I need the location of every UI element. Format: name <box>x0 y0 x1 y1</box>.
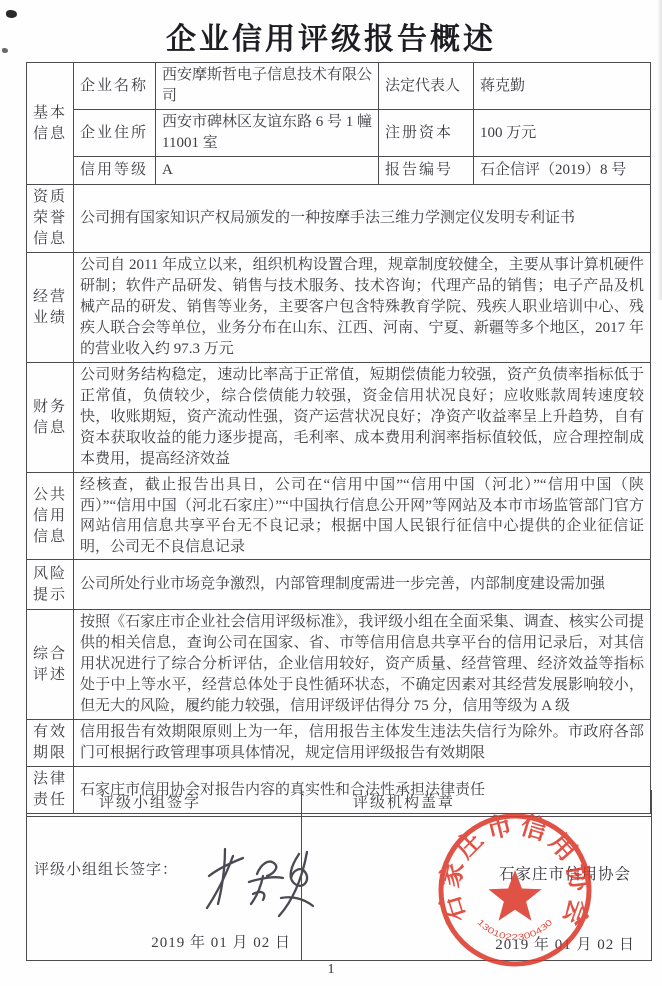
qualification-honor-content: 公司拥有国家知识产权局颁发的一种按摩手法三维力学测定仪发明专利证书 <box>74 185 651 253</box>
team-leader-signature-label: 评级小组组长签字： <box>34 858 178 879</box>
seal-ring-text: 石家庄市信用协会 <box>435 810 595 930</box>
legal-rep-value: 蒋克勤 <box>474 63 651 110</box>
section-label-basic-info: 基本 信息 <box>27 63 74 185</box>
table-row: 公共 信用 信息 经核查，截止报告出具日，公司在“信用中国”“信用中国（河北）”… <box>27 473 651 560</box>
section-label-public-credit-info: 公共 信用 信息 <box>27 473 74 560</box>
company-name-label: 企业名称 <box>74 63 156 110</box>
reg-capital-label: 注册资本 <box>379 110 474 157</box>
section-label-comprehensive-review: 综合 评述 <box>27 610 74 720</box>
legal-rep-label: 法定代表人 <box>379 63 474 110</box>
report-table: 基本 信息 企业名称 西安摩斯哲电子信息技术有限公司 法定代表人 蒋克勤 企业住… <box>26 62 651 814</box>
seal-number-text: 1301022300430 <box>475 917 554 942</box>
section-label-financial-info: 财务 信息 <box>27 363 74 473</box>
report-no-value: 石企信评（2019）8 号 <box>474 157 651 185</box>
risk-warning-content: 公司所处行业市场竞争激烈，内部管理制度需进一步完善，内部制度建设需加强 <box>74 560 651 610</box>
agency-round-seal: 石家庄市信用协会 1301022300430 <box>433 808 597 972</box>
seal-star-icon <box>488 870 541 921</box>
report-no-label: 报告编号 <box>379 157 474 185</box>
section-label-business-performance: 经营 业绩 <box>27 253 74 363</box>
comprehensive-review-content: 按照《石家庄市企业社会信用评级标准》，我评级小组在全面采集、调查、核实公司提供的… <box>74 610 651 720</box>
table-row: 有效 期限 信用报告有效期限原则上为一年，信用报告主体发生违法失信行为除外。市政… <box>27 720 651 767</box>
section-label-qualification-honor: 资质 荣誉 信息 <box>27 185 74 253</box>
signature-seal-block: 评级小组签字 评级小组组长签字： 2019 年 01 月 02 日 <box>26 790 652 961</box>
credit-rating-value: A <box>156 157 379 185</box>
page-title: 企业信用评级报告概述 <box>0 14 662 58</box>
business-performance-content: 公司自 2011 年成立以来，组织机构设置合理，规章制度较健全，主要从事计算机硬… <box>74 253 651 363</box>
reg-capital-value: 100 万元 <box>474 110 651 157</box>
table-row: 资质 荣誉 信息 公司拥有国家知识产权局颁发的一种按摩手法三维力学测定仪发明专利… <box>27 185 651 253</box>
report-page: 企业信用评级报告概述 基本 信息 企业名称 西安摩斯哲电子信息技术有限公司 法定… <box>0 0 662 986</box>
team-signature-header: 评级小组签字 <box>27 790 301 817</box>
rating-agency-seal-cell: 评级机构盖章 石家庄市信用协会 石家庄市信用协会 1301022300430 2… <box>302 790 651 960</box>
table-row: 财务 信息 公司财务结构稳定，速动比率高于正常值，短期偿债能力较强，资产负债率指… <box>27 363 651 473</box>
table-row: 企业住所 西安市碑林区友谊东路 6 号 1 幢 11001 室 注册资本 100… <box>27 110 651 157</box>
section-label-risk-warning: 风险 提示 <box>27 560 74 610</box>
section-label-validity-period: 有效 期限 <box>27 720 74 767</box>
validity-period-content: 信用报告有效期限原则上为一年，信用报告主体发生违法失信行为除外。市政府各部门可根… <box>74 720 651 767</box>
table-row: 基本 信息 企业名称 西安摩斯哲电子信息技术有限公司 法定代表人 蒋克勤 <box>27 63 651 110</box>
address-value: 西安市碑林区友谊东路 6 号 1 幢 11001 室 <box>156 110 379 157</box>
table-row: 经营 业绩 公司自 2011 年成立以来，组织机构设置合理，规章制度较健全，主要… <box>27 253 651 363</box>
address-label: 企业住所 <box>74 110 156 157</box>
company-name-value: 西安摩斯哲电子信息技术有限公司 <box>156 63 379 110</box>
team-signature-date: 2019 年 01 月 02 日 <box>151 931 291 952</box>
table-row: 信用等级 A 报告编号 石企信评（2019）8 号 <box>27 157 651 185</box>
financial-info-content: 公司财务结构稳定，速动比率高于正常值，短期偿债能力较强，资产负债率指标低于正常值… <box>74 363 651 473</box>
public-credit-info-content: 经核查，截止报告出具日，公司在“信用中国”“信用中国（河北）”“信用中国（陕西）… <box>74 473 651 560</box>
table-row: 风险 提示 公司所处行业市场竞争激烈，内部管理制度需进一步完善，内部制度建设需加… <box>27 560 651 610</box>
rating-team-signature-cell: 评级小组签字 评级小组组长签字： 2019 年 01 月 02 日 <box>27 790 302 960</box>
table-row: 综合 评述 按照《石家庄市企业社会信用评级标准》，我评级小组在全面采集、调查、核… <box>27 610 651 720</box>
credit-rating-label: 信用等级 <box>74 157 156 185</box>
